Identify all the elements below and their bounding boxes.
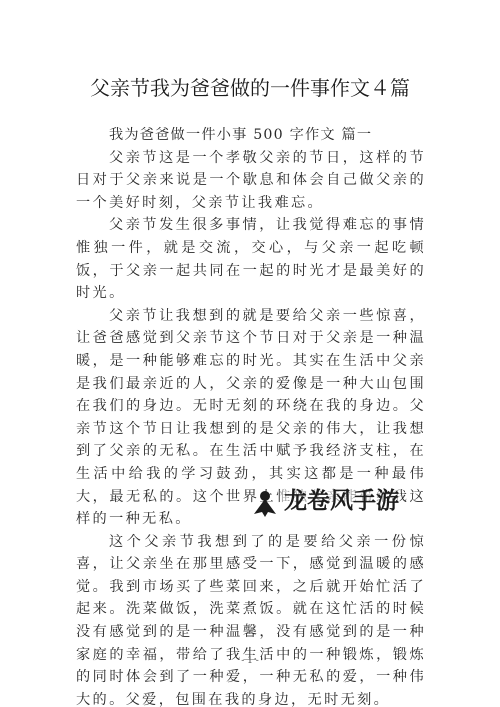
paragraph: 这个父亲节我想到了的是要给父亲一份惊喜，让父亲坐在那里感受一下，感觉到温暖的感觉… bbox=[76, 531, 426, 707]
paragraph: 父亲节发生很多事情，让我觉得难忘的事情惟独一件，就是交流，交心，与父亲一起吃顿饭… bbox=[76, 214, 426, 304]
document-page: 父亲节我为爸爸做的一件事作文４篇 我为爸爸做一件小事 500 字作文 篇一 父亲… bbox=[0, 0, 500, 707]
document-title: 父亲节我为爸爸做的一件事作文４篇 bbox=[0, 72, 500, 101]
document-body: 我为爸爸做一件小事 500 字作文 篇一 父亲节这是一个孝敬父亲的节日，这样的节… bbox=[76, 124, 426, 707]
essay-subtitle: 我为爸爸做一件小事 500 字作文 篇一 bbox=[76, 124, 426, 147]
watermark: 龙卷风手游 bbox=[252, 478, 399, 518]
watermark-text: 龙卷风手游 bbox=[284, 482, 399, 515]
page-number: - 1 - bbox=[0, 656, 500, 666]
pawn-icon bbox=[252, 490, 278, 518]
paragraph: 父亲节这是一个孝敬父亲的节日，这样的节日对于父亲来说是一个歇息和体会自己做父亲的… bbox=[76, 147, 426, 215]
